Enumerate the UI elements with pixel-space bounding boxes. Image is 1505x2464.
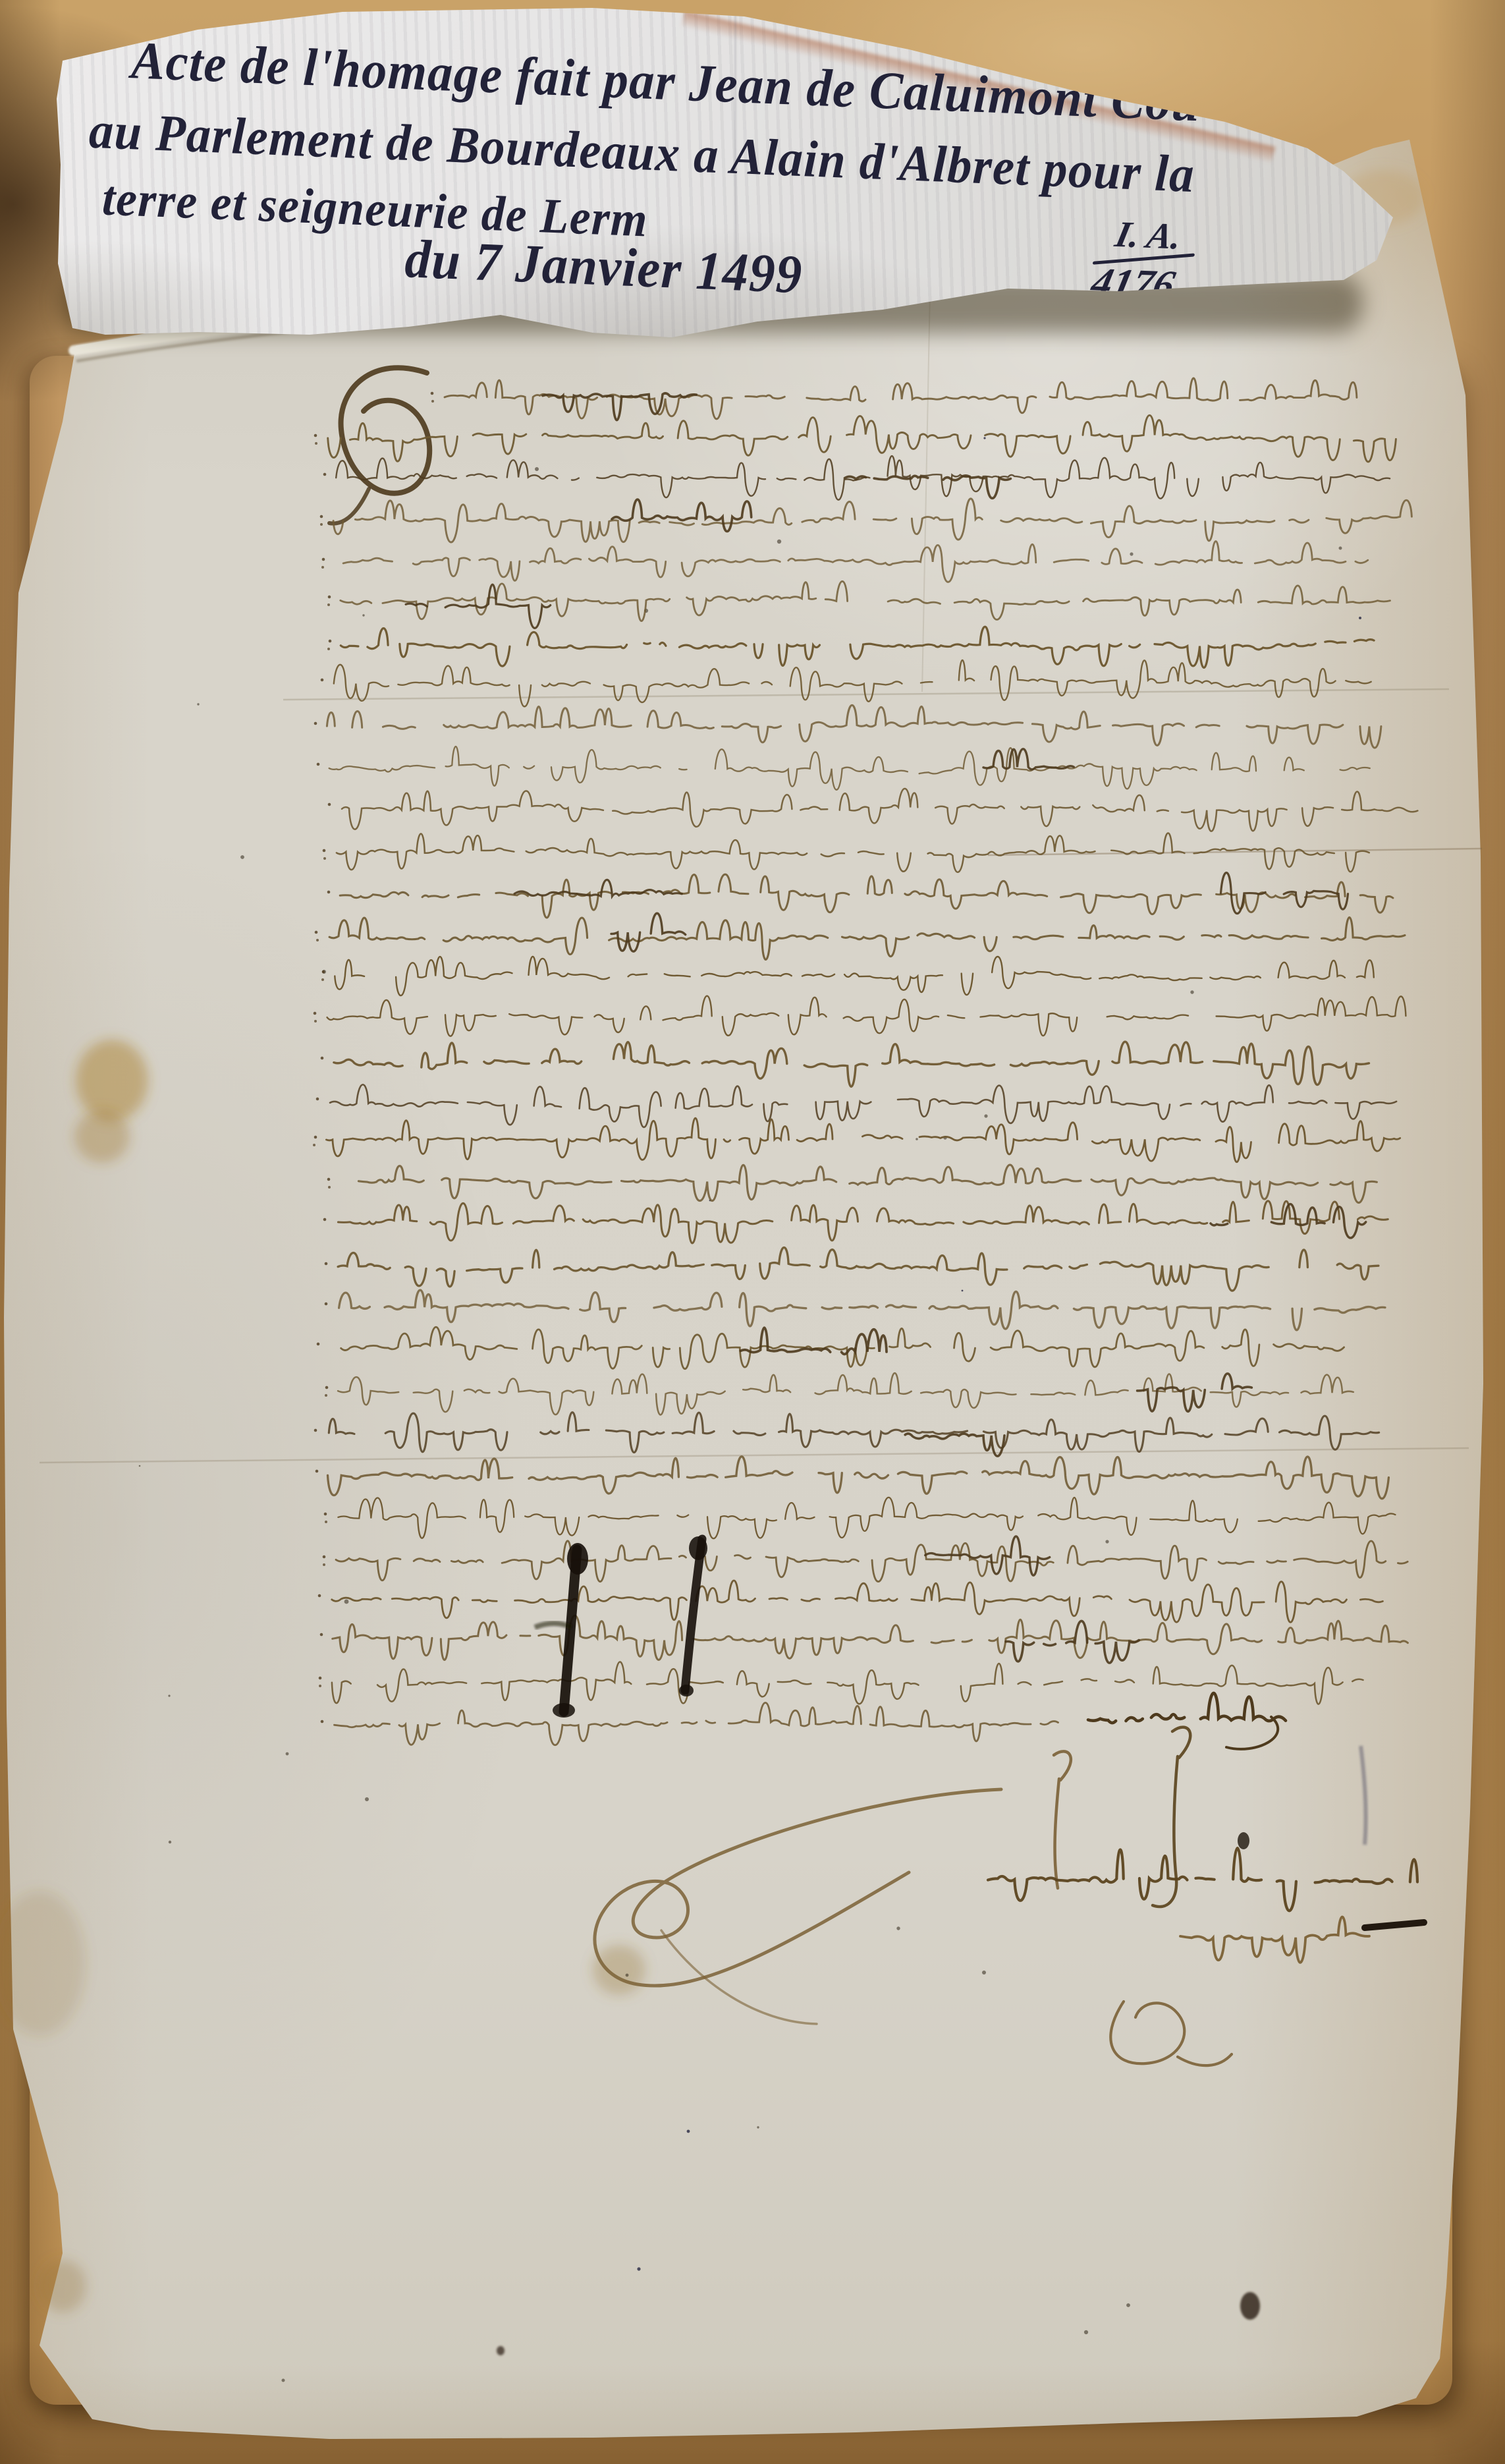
- header-date-line: du 7 Janvier 1499: [404, 227, 804, 306]
- archival-reference-series: I. A.: [1066, 213, 1232, 258]
- manuscript-writing: [0, 0, 1505, 2464]
- photograph: Acte de l'homage fait par Jean de Caluim…: [0, 0, 1505, 2464]
